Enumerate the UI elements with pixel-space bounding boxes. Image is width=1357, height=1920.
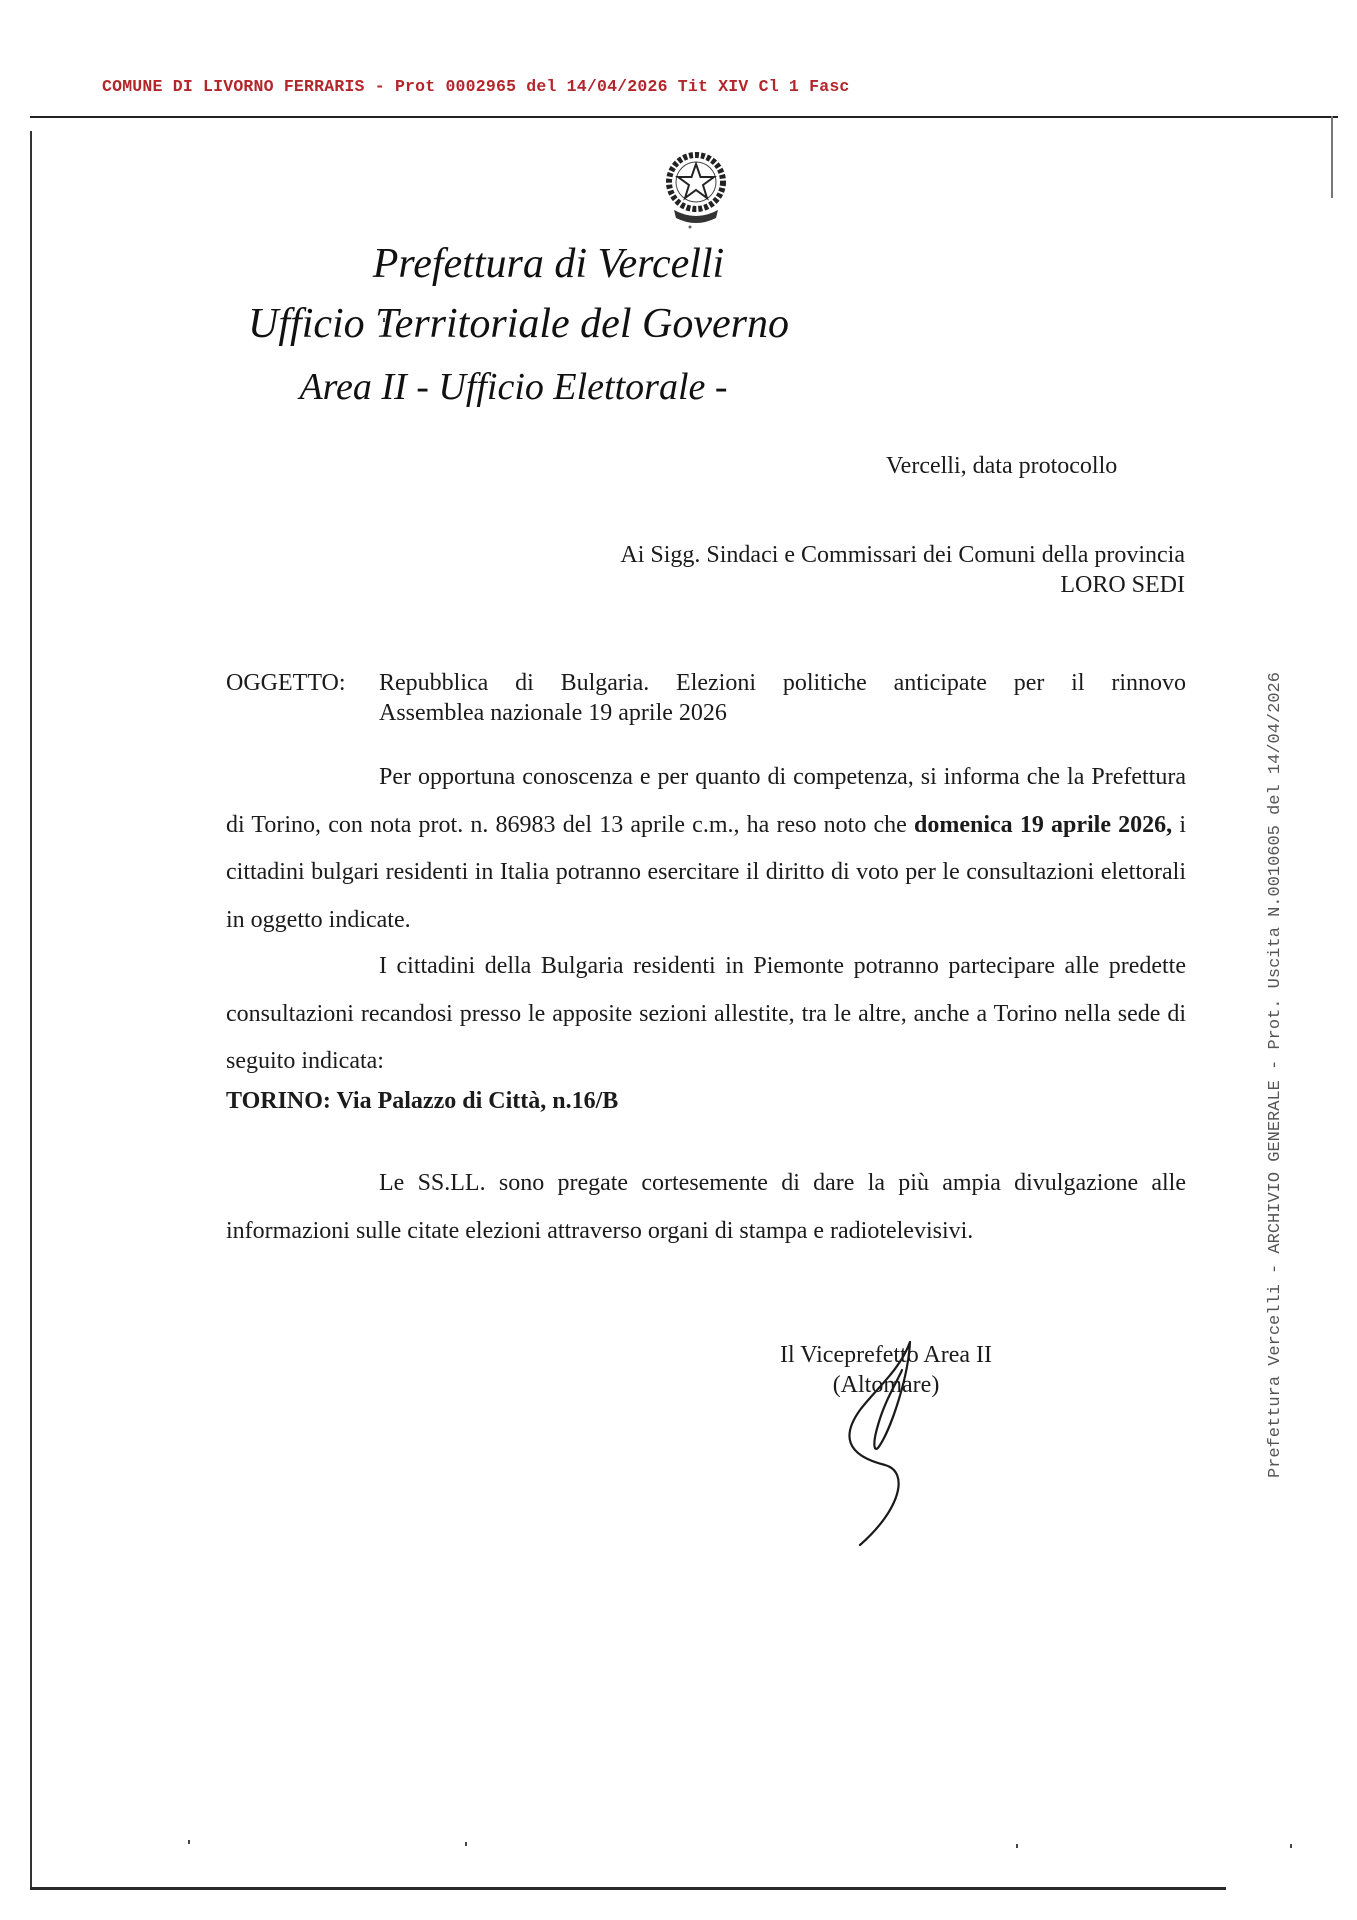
archive-stamp-side: Prefettura Vercelli - ARCHIVIO GENERALE …	[1266, 438, 1290, 1478]
scan-speck	[188, 1840, 190, 1844]
protocol-stamp-header: COMUNE DI LIVORNO FERRARIS - Prot 000296…	[102, 77, 850, 96]
letterhead-office: Ufficio Territoriale del Governo	[0, 300, 1197, 348]
page-border-bottom	[30, 1887, 1226, 1890]
scan-speck	[1290, 1844, 1292, 1848]
paragraph-3: Le SS.LL. sono pregate cortesemente di d…	[226, 1160, 1186, 1255]
place-date: Vercelli, data protocollo	[886, 453, 1117, 480]
recipient-line: LORO SEDI	[620, 570, 1185, 600]
subject-line: Repubblica di Bulgaria. Elezioni politic…	[379, 668, 1186, 698]
letterhead-area: Area II - Ufficio Elettorale -	[0, 365, 1192, 409]
page-border-right	[1331, 116, 1333, 198]
scan-speck	[383, 318, 385, 322]
paragraph-text: Le SS.LL. sono pregate cortesemente di d…	[226, 1170, 1186, 1244]
recipient-line: Ai Sigg. Sindaci e Commissari dei Comuni…	[620, 540, 1185, 570]
page-border-top	[30, 116, 1338, 118]
subject-line: Assemblea nazionale 19 aprile 2026	[379, 698, 1186, 728]
paragraph-text: I cittadini della Bulgaria residenti in …	[226, 953, 1186, 1074]
letterhead-prefecture: Prefettura di Vercelli	[0, 240, 1227, 288]
subject-label: OGGETTO:	[226, 668, 346, 698]
scan-speck	[465, 1842, 467, 1846]
handwritten-signature-icon	[830, 1340, 950, 1550]
polling-address: TORINO: Via Palazzo di Città, n.16/B	[226, 1088, 618, 1115]
paragraph-2: I cittadini della Bulgaria residenti in …	[226, 943, 1186, 1086]
election-date: domenica 19 aprile 2026,	[914, 812, 1172, 838]
paragraph-1: Per opportuna conoscenza e per quanto di…	[226, 754, 1186, 944]
subject-block: OGGETTO: Repubblica di Bulgaria. Elezion…	[226, 668, 1186, 728]
italian-republic-emblem-icon	[660, 148, 732, 230]
recipient-block: Ai Sigg. Sindaci e Commissari dei Comuni…	[620, 540, 1185, 600]
scan-speck	[1016, 1844, 1018, 1848]
